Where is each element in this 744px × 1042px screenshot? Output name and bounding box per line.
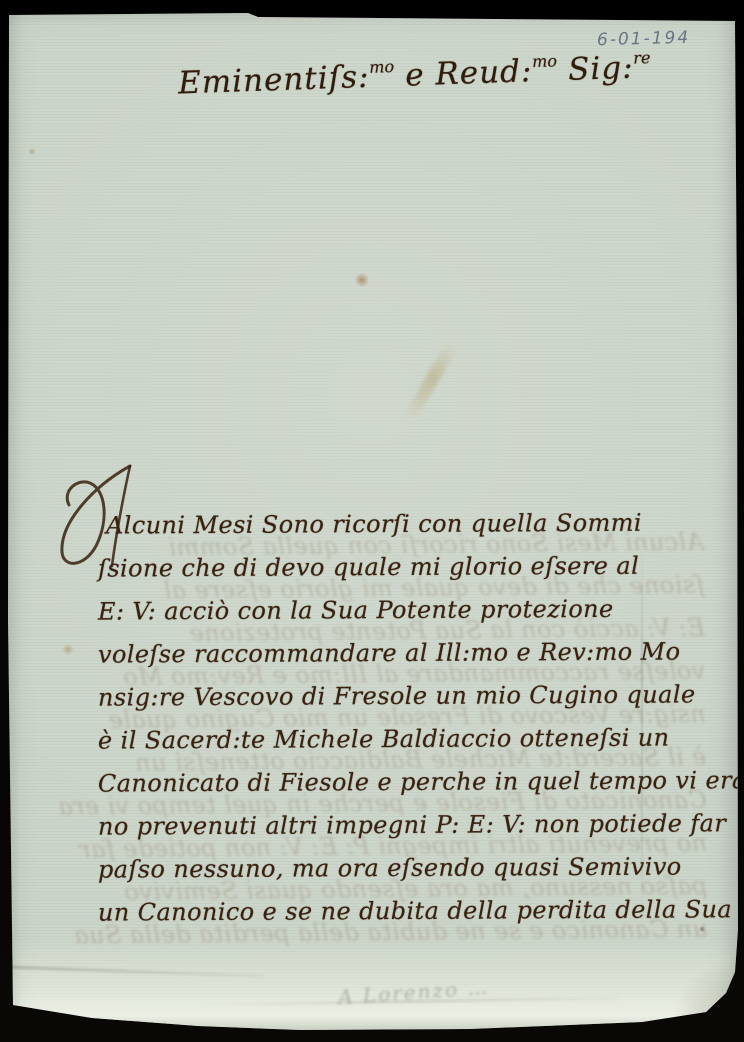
fox-spot: [28, 148, 36, 155]
faint-annotation: A Lorenzo …: [337, 975, 490, 1009]
manuscript-line: è il Sacerd:te Michele Baldiaccio ottene…: [98, 716, 698, 762]
manuscript-line: Alcuni Mesi Sono ricorſi con quella Somm…: [98, 501, 698, 547]
salutation-superscript: re: [633, 48, 651, 68]
salutation-text: Eminentiſs:: [178, 59, 371, 102]
scanner-background: 6-01-194 Eminentiſs:mo e Reud:mo Sig:re …: [0, 0, 744, 1042]
scanned-manuscript-page: { "document": { "archival_number": "6-01…: [0, 0, 744, 1042]
stain-streak: [403, 341, 458, 424]
manuscript-line: ſsione che di devo quale mi glorio eſser…: [98, 544, 698, 590]
paper-sheet: 6-01-194 Eminentiſs:mo e Reud:mo Sig:re …: [0, 0, 744, 1042]
manuscript-line: Canonicato di Fiesole e perche in quel t…: [98, 759, 698, 805]
salutation-superscript: mo: [532, 51, 558, 71]
letter-body: Alcuni Mesi Sono ricorſi con quella Somm…: [98, 503, 698, 933]
crease-line: [4, 965, 264, 977]
salutation-text: e Reud:: [394, 53, 533, 94]
archival-reference-number: 6-01-194: [597, 28, 691, 50]
manuscript-line: no prevenuti altri impegni P: E: V: non …: [98, 802, 698, 848]
manuscript-line: nsig:re Vescovo di Fresole un mio Cugino…: [98, 673, 698, 719]
manuscript-line: voleſse raccommandare al Ill:mo e Rev:mo…: [98, 630, 698, 676]
manuscript-line: paſso nessuno, ma ora eſsendo quasi Semi…: [98, 845, 698, 891]
fox-spot: [62, 644, 74, 655]
fox-spot: [354, 273, 370, 287]
salutation-superscript: mo: [369, 57, 395, 77]
salutation-text: Sig:: [557, 50, 635, 89]
salutation-line: Eminentiſs:mo e Reud:mo Sig:re: [177, 50, 608, 102]
manuscript-line: un Canonico e se ne dubita della perdita…: [98, 888, 698, 934]
corner-fold-shadow: [668, 962, 738, 1024]
manuscript-line: E: V: acciò con la Sua Potente protezion…: [98, 587, 698, 633]
ink-speck: [699, 926, 705, 932]
